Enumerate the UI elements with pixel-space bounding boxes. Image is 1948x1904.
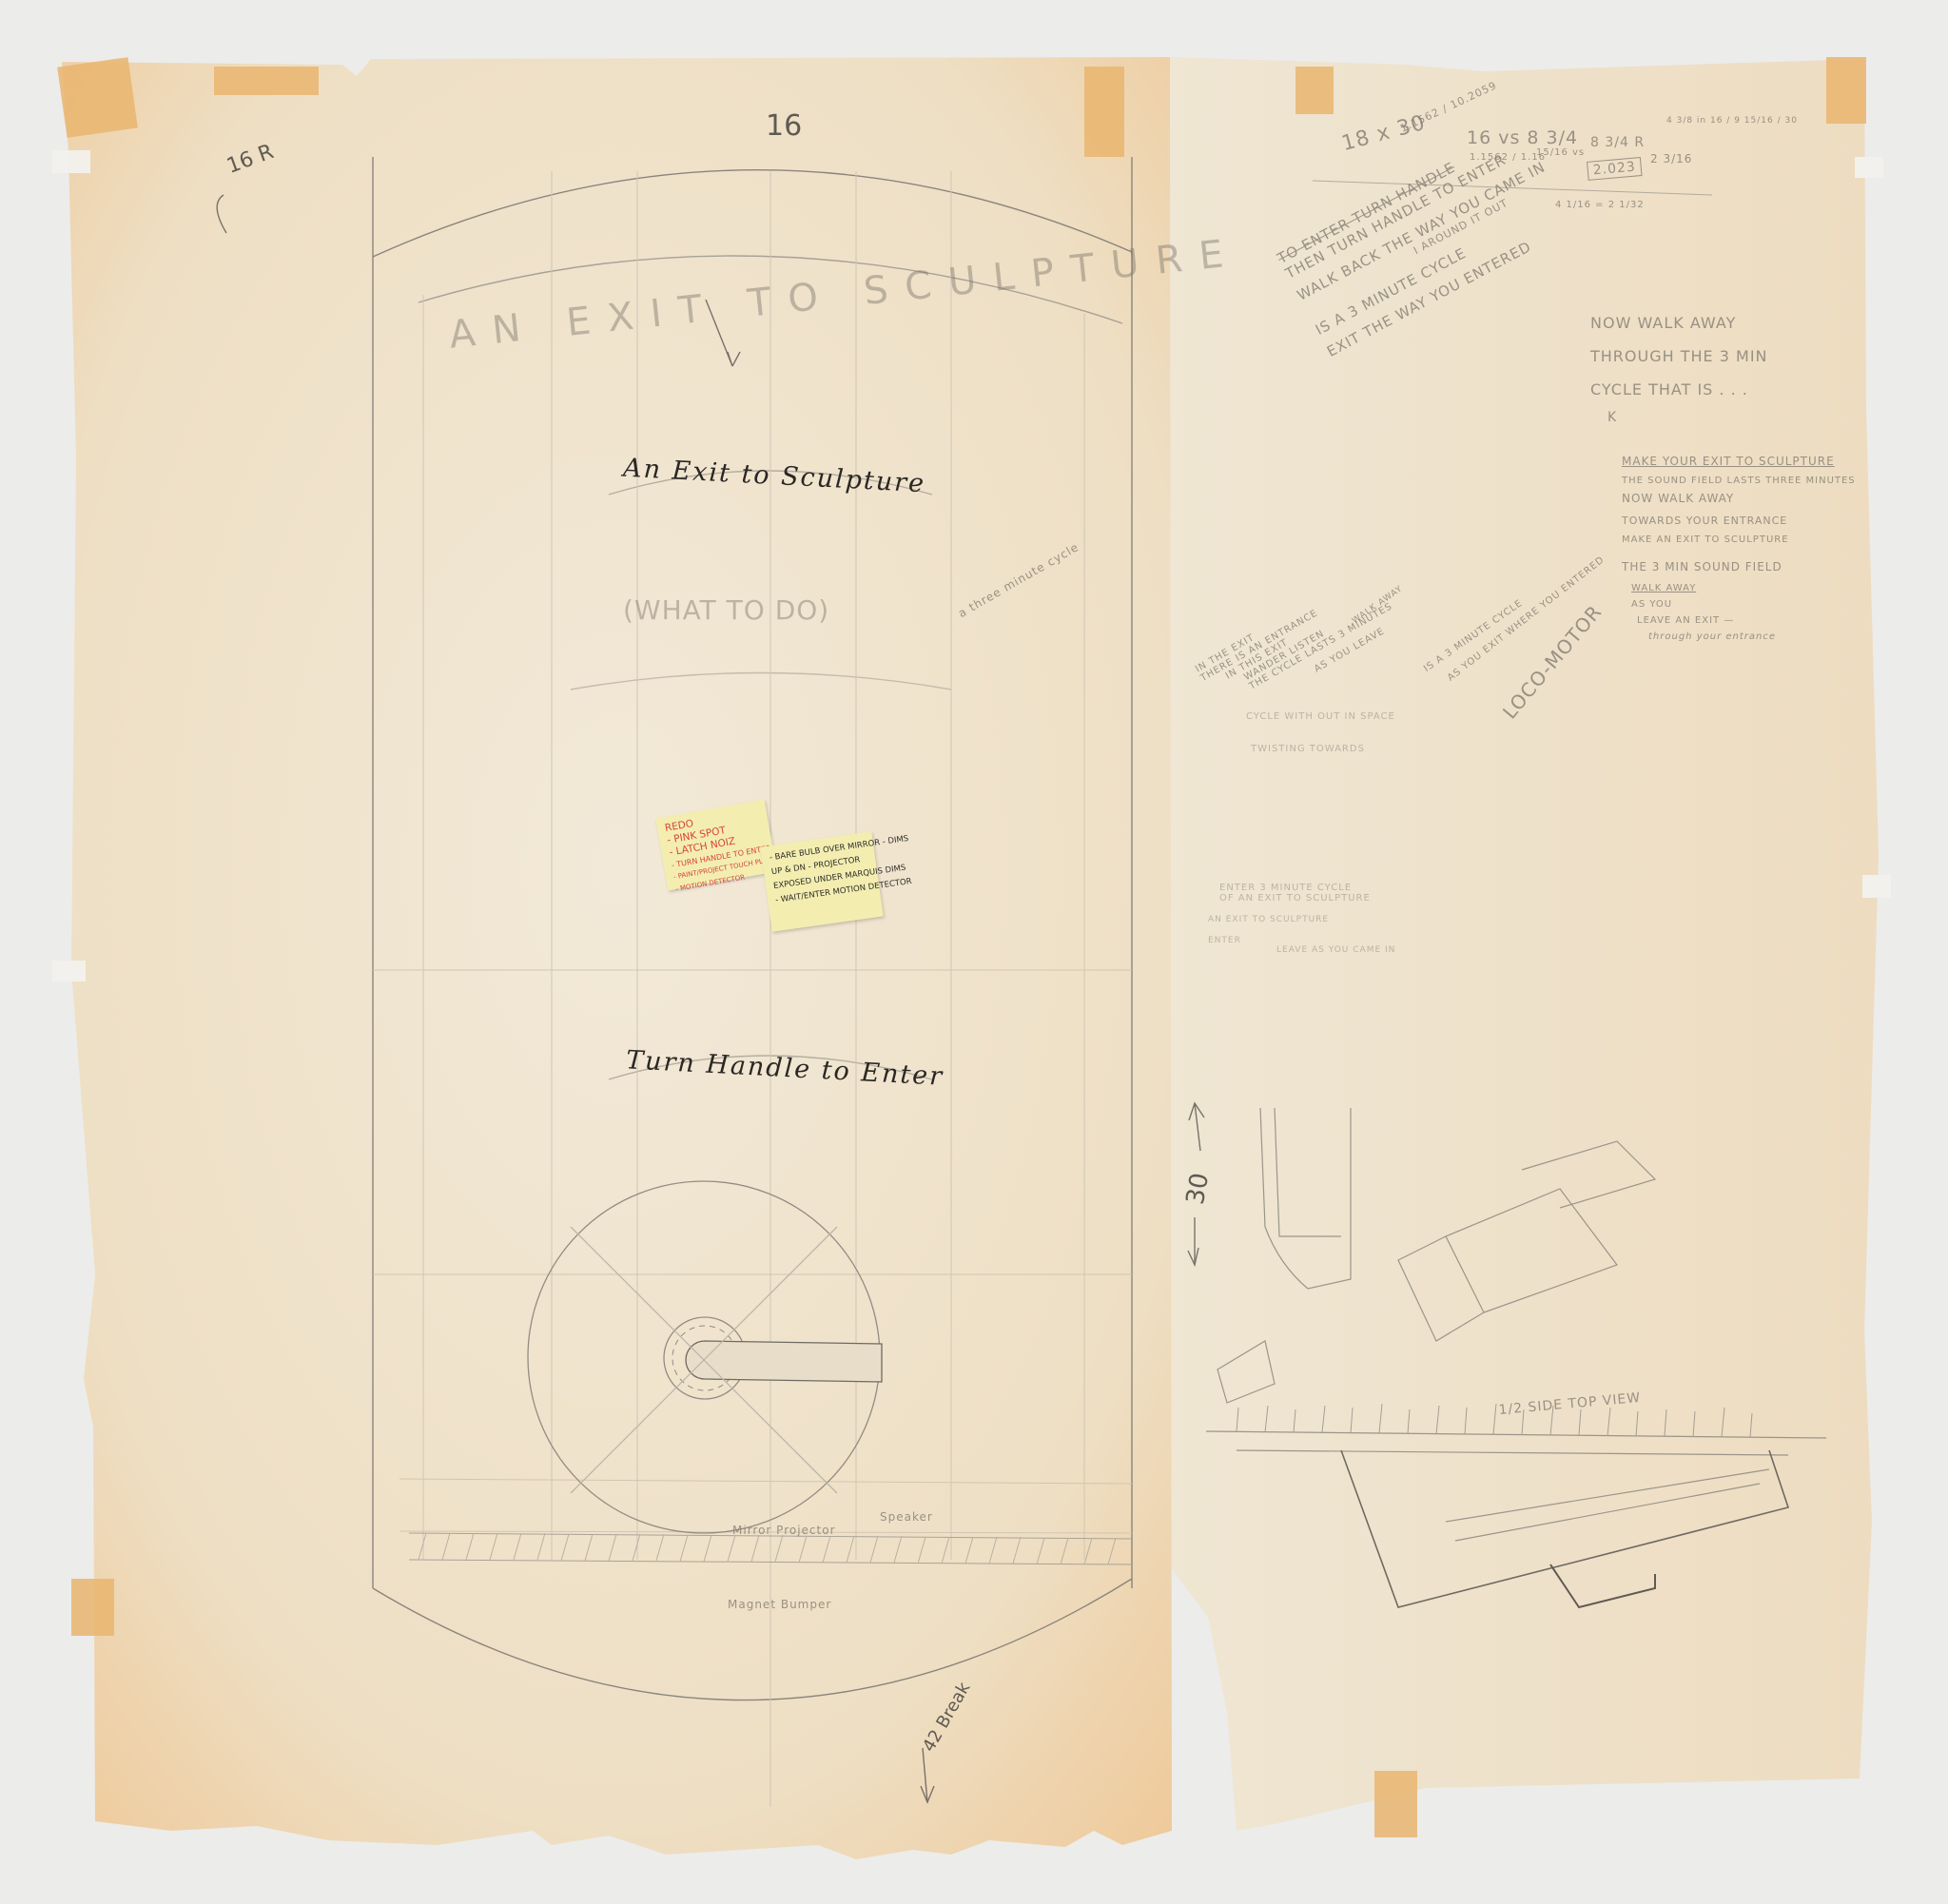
script-block-enter: ENTER 3 MINUTE CYCLE OF AN EXIT TO SCULP… [1219,883,1395,955]
drawing-photo: An Exit to Sculpture Turn Handle to Ente… [0,0,1948,1904]
masking-tape [214,67,319,95]
calc-7: 2 3/16 [1650,152,1692,165]
script-line: OF AN EXIT TO SCULPTURE [1219,893,1395,903]
script-line: NOW WALK AWAY [1622,492,1856,505]
calc-9: 4 1/16 = 2 1/32 [1555,200,1645,210]
script-line: LEAVE AN EXIT — [1637,615,1856,626]
script-line: THE 3 MIN SOUND FIELD [1622,560,1856,573]
calc-5: 8 3/4 R [1590,135,1645,150]
white-tape [52,961,86,981]
script-line: ENTER 3 MINUTE CYCLE [1219,883,1395,893]
top-dimension: 16 [766,109,802,143]
masking-tape [71,1579,114,1636]
script-line: MAKE YOUR EXIT TO SCULPTURE [1622,455,1856,468]
white-tape [52,150,90,173]
script-line: MAKE AN EXIT TO SCULPTURE [1622,534,1856,545]
bottom-label-mirror: Mirror Projector [732,1524,836,1537]
script-block-make-exit: MAKE YOUR EXIT TO SCULPTURE THE SOUND FI… [1622,455,1856,642]
bottom-label-magnet: Magnet Bumper [728,1598,831,1611]
script-line: TOWARDS YOUR ENTRANCE [1622,515,1856,527]
white-tape [1862,875,1891,898]
side-dimension: 30 [1181,1171,1215,1207]
script-line: ENTER [1208,936,1395,945]
script-line: K [1607,410,1768,425]
masking-tape [1084,67,1124,157]
white-tape [1855,157,1883,178]
masking-tape [57,57,138,138]
script-block-now-walk: NOW WALK AWAY THROUGH THE 3 MIN CYCLE TH… [1590,314,1768,425]
cycle-with-out: CYCLE WITH OUT IN SPACE [1246,711,1395,722]
sticky-note-dims: - BARE BULB OVER MIRROR - DIMS UP & DN -… [760,831,883,932]
script-line: AN EXIT TO SCULPTURE [1208,915,1395,924]
script-line: NOW WALK AWAY [1590,314,1768,332]
what-to-do-note: (WHAT TO DO) [623,594,829,626]
masking-tape [1826,57,1866,124]
script-line: THE SOUND FIELD LASTS THREE MINUTES [1622,476,1856,486]
script-line: THROUGH THE 3 MIN [1590,347,1768,365]
script-line: through your entrance [1648,631,1856,642]
bottom-label-speaker: Speaker [880,1510,933,1524]
script-line: CYCLE THAT IS . . . [1590,380,1768,398]
calc-4: 15/16 vs [1536,147,1585,158]
script-line: AS YOU [1631,599,1856,610]
calc-8: 4 3/8 in 16 / 9 15/16 / 30 [1666,116,1798,126]
script-line: LEAVE AS YOU CAME IN [1276,945,1395,955]
masking-tape [1374,1771,1417,1837]
masking-tape [1295,67,1334,114]
twisting-towards: TWISTING TOWARDS [1251,744,1365,754]
script-line: WALK AWAY [1631,583,1856,593]
